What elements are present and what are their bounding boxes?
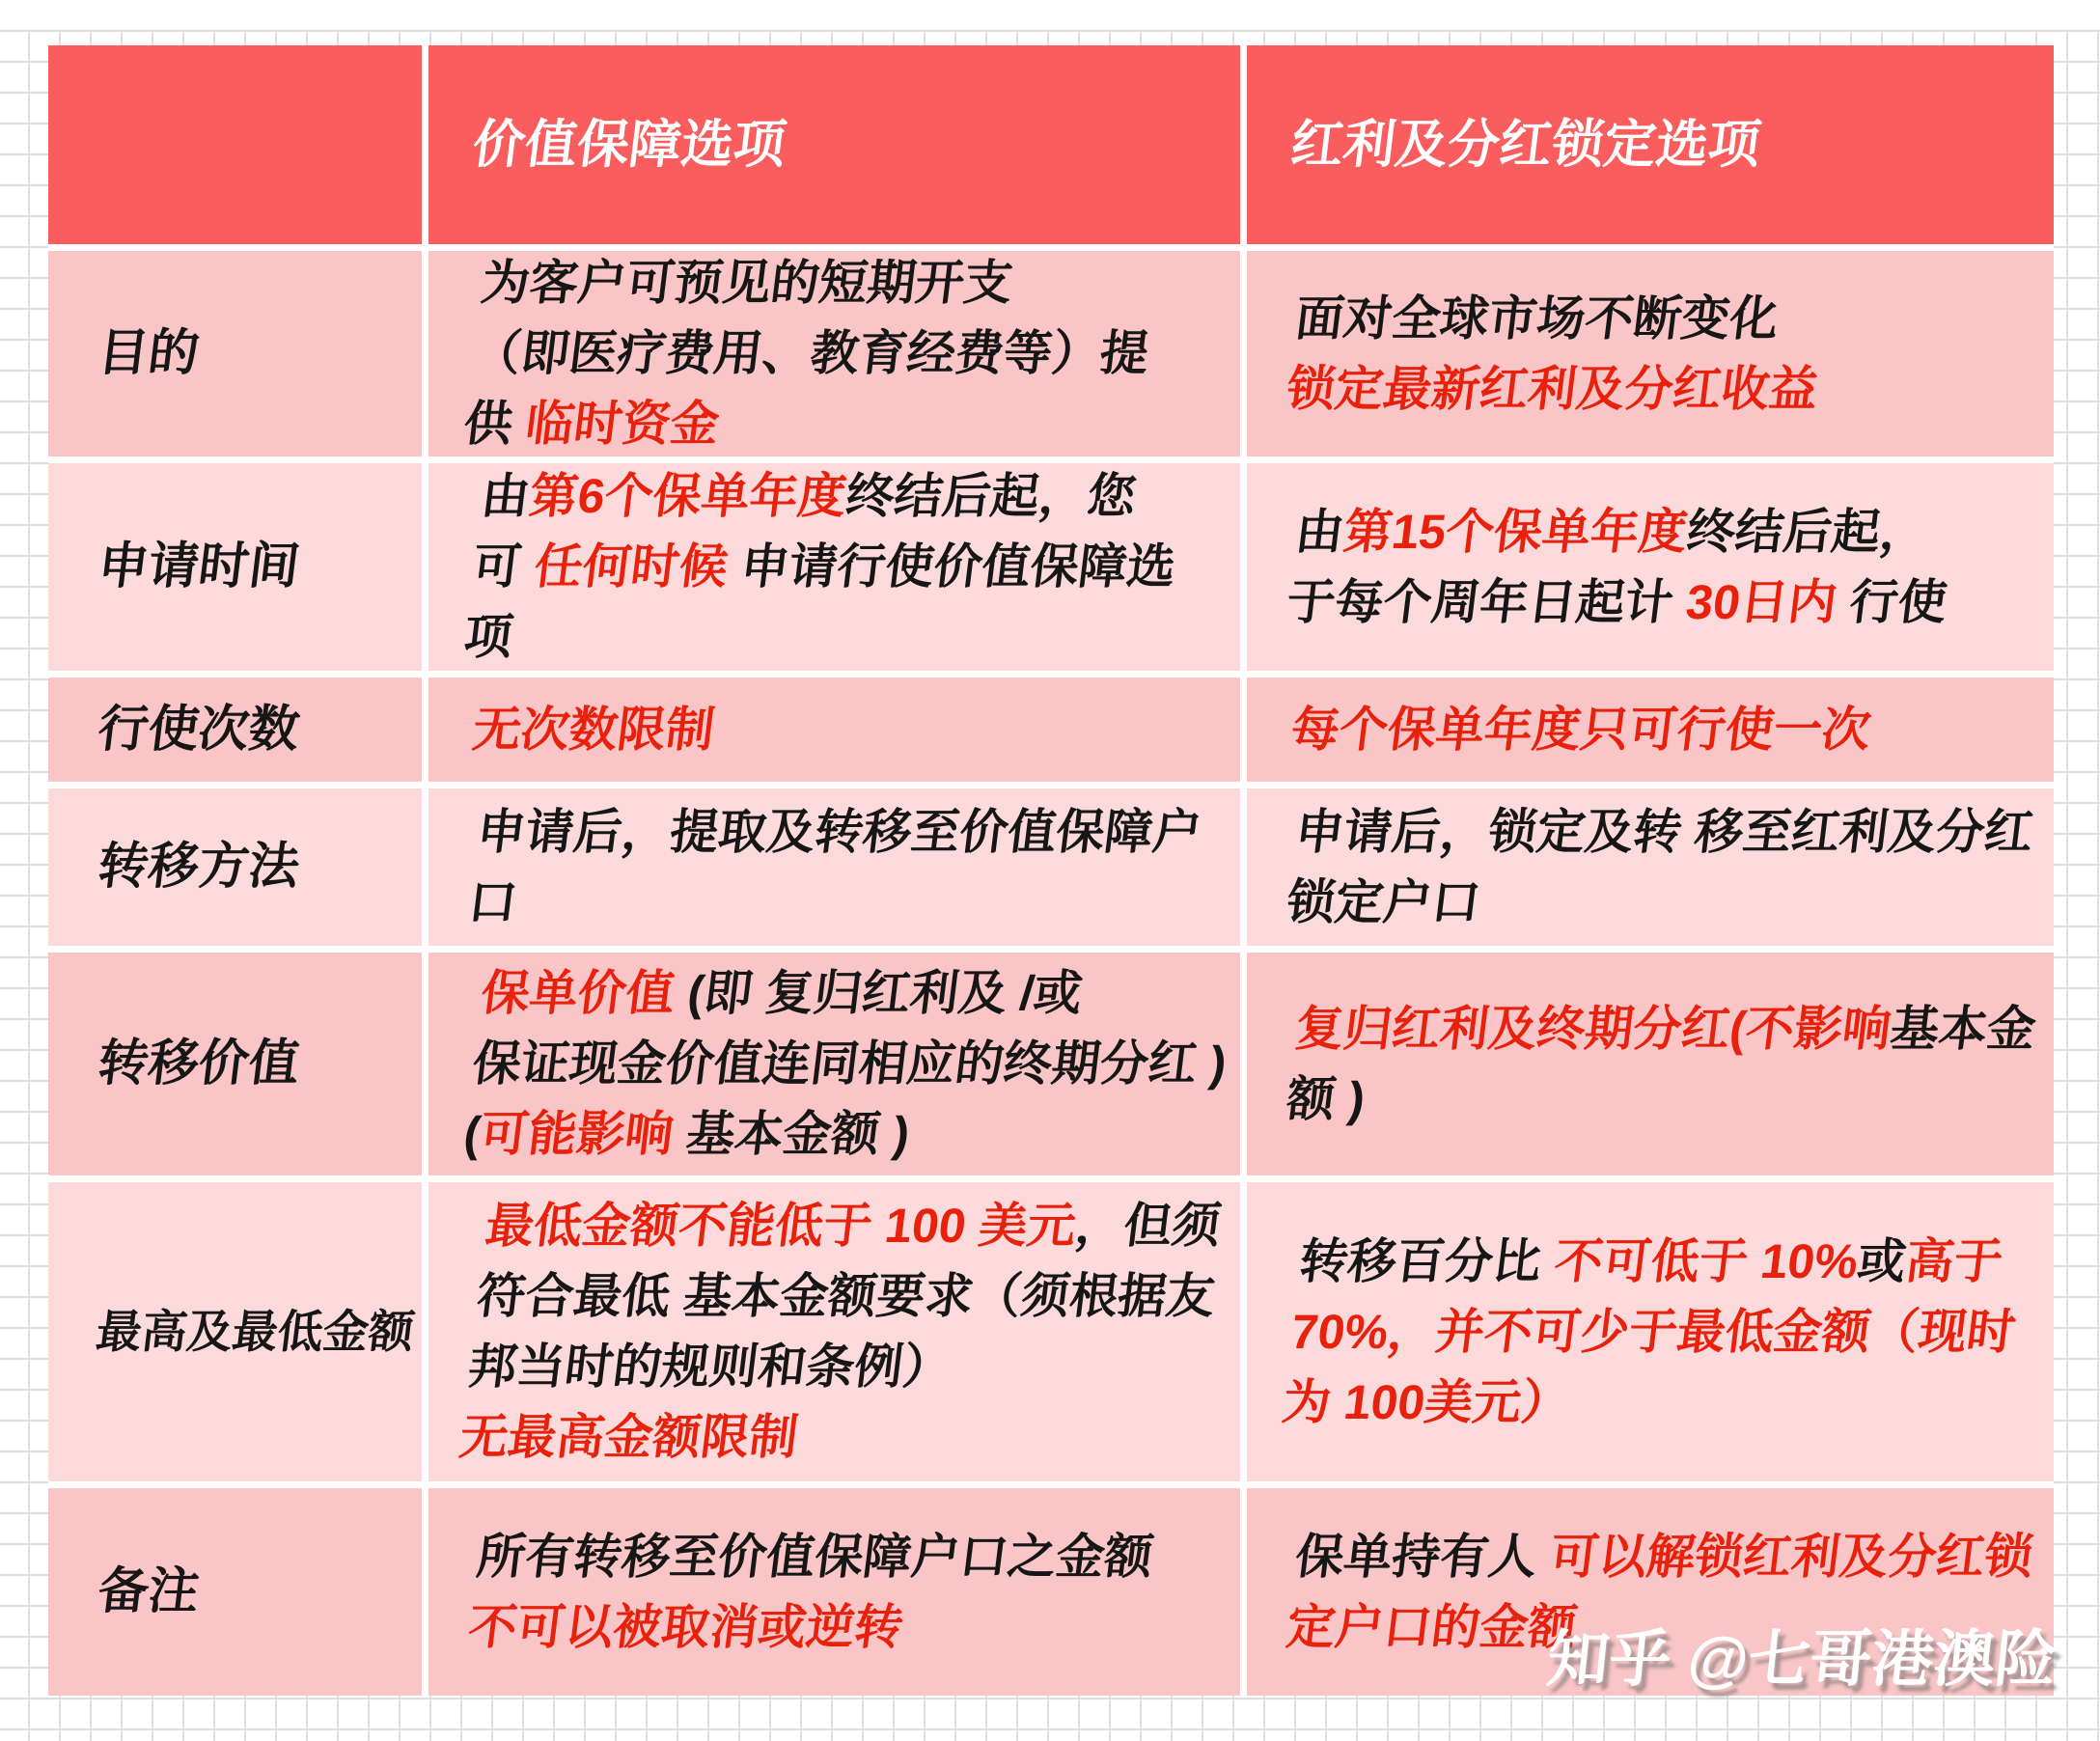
text-run-black: 申请后，锁定及转 移至红利及分红 锁定户口 bbox=[1284, 805, 2036, 929]
cell-r3-c2-text: 每个保单年度只可行使一次 bbox=[1247, 695, 2054, 765]
cell-r5-c2: 复归红利及终期分红(不影响基本金 额 ) bbox=[1247, 953, 2054, 1175]
watermark-text: 知乎 @七哥港澳险 bbox=[1543, 1610, 2062, 1699]
row-label-6: 最高及最低金额 bbox=[48, 1182, 422, 1481]
row-label-3: 行使次数 bbox=[48, 677, 422, 782]
cell-r5-c2-text: 复归红利及终期分红(不影响基本金 额 ) bbox=[1247, 994, 2054, 1135]
text-run-red: 无最高金额限制 bbox=[456, 1410, 801, 1464]
text-run-black: 转移百分比 bbox=[1297, 1234, 1559, 1288]
text-run-red: 任何时候 bbox=[532, 539, 732, 594]
cell-r3-c2: 每个保单年度只可行使一次 bbox=[1247, 677, 2054, 782]
header-corner-cell bbox=[48, 45, 422, 244]
row-label-1-text: 目的 bbox=[48, 323, 422, 383]
text-run-red: 不可以被取消或逆转 bbox=[465, 1600, 906, 1654]
row-label-2: 申请时间 bbox=[48, 463, 422, 671]
column-header-1-text: 价值保障选项 bbox=[428, 114, 1240, 177]
text-run-red: 每个保单年度只可行使一次 bbox=[1288, 703, 1874, 757]
text-run-red: 不可低于 10% bbox=[1551, 1234, 1861, 1288]
text-run-black: 面对全球市场不断变化 bbox=[1292, 291, 1782, 345]
cell-r7-c1-text: 所有转移至价值保障户口之金额 不可以被取消或逆转 bbox=[428, 1522, 1240, 1663]
text-run-red: 无次数限制 bbox=[470, 703, 718, 757]
cell-r4-c2-text: 申请后，锁定及转 移至红利及分红 锁定户口 bbox=[1247, 797, 2054, 938]
row-label-4: 转移方法 bbox=[48, 788, 422, 946]
text-run-red: 30日内 bbox=[1683, 575, 1840, 629]
cell-r6-c2-text: 转移百分比 不可低于 10%或高于 70%，并不可少于最低金额（现时 为 100… bbox=[1247, 1227, 2054, 1438]
cell-r6-c2: 转移百分比 不可低于 10%或高于 70%，并不可少于最低金额（现时 为 100… bbox=[1247, 1182, 2054, 1481]
text-run-red: 保单价值 bbox=[479, 966, 678, 1020]
row-label-3-text: 行使次数 bbox=[48, 700, 422, 760]
cell-r1-c1-text: 为客户可预见的短期开支 （即医疗费用、教育经费等）提 供 临时资金 bbox=[428, 251, 1240, 456]
text-run-red: 临时资金 bbox=[523, 397, 723, 451]
cell-r6-c1: 最低金额不能低于 100 美元，但须 符合最低 基本金额要求（须根据友 邦当时的… bbox=[428, 1182, 1240, 1481]
row-label-5: 转移价值 bbox=[48, 953, 422, 1175]
row-label-7: 备注 bbox=[48, 1488, 422, 1696]
text-run-black: 保单持有人 bbox=[1292, 1530, 1554, 1584]
text-run-black: 或 bbox=[1854, 1234, 1909, 1288]
cell-r2-c1: 由第6个保单年度终结后起，您 可 任何时候 申请行使价值保障选 项 bbox=[428, 463, 1240, 671]
text-run-red: 复归红利及终期分红(不影响 bbox=[1292, 1002, 1894, 1056]
cell-r4-c1-text: 申请后，提取及转移至价值保障户口 bbox=[428, 797, 1240, 938]
cell-r2-c2: 由第15个保单年度终结后起， 于每个周年日起计 30日内 行使 bbox=[1247, 463, 2054, 671]
row-label-5-text: 转移价值 bbox=[48, 1034, 422, 1093]
cell-r4-c2: 申请后，锁定及转 移至红利及分红 锁定户口 bbox=[1247, 788, 2054, 946]
text-run-black: 申请后，提取及转移至价值保障户口 bbox=[465, 805, 1204, 929]
row-label-2-text: 申请时间 bbox=[48, 537, 422, 596]
text-run-black: 由 bbox=[1292, 505, 1347, 559]
column-header-1: 价值保障选项 bbox=[428, 45, 1240, 244]
row-label-1: 目的 bbox=[48, 251, 422, 456]
row-label-7-text: 备注 bbox=[48, 1561, 422, 1621]
cell-r1-c1: 为客户可预见的短期开支 （即医疗费用、教育经费等）提 供 临时资金 bbox=[428, 251, 1240, 456]
cell-r5-c1-text: 保单价值 (即 复归红利及 /或 保证现金价值连同相应的终期分红 ) (可能影响… bbox=[428, 958, 1240, 1170]
cell-r4-c1: 申请后，提取及转移至价值保障户口 bbox=[428, 788, 1240, 946]
row-label-4-text: 转移方法 bbox=[48, 837, 422, 897]
text-run-black: 行使 bbox=[1834, 575, 1950, 629]
text-run-black: 基本金额 ) bbox=[670, 1107, 912, 1161]
cell-r2-c2-text: 由第15个保单年度终结后起， 于每个周年日起计 30日内 行使 bbox=[1247, 497, 2054, 638]
row-label-6-text: 最高及最低金额 bbox=[48, 1305, 422, 1359]
cell-r3-c1: 无次数限制 bbox=[428, 677, 1240, 782]
text-run-red: 最低金额不能低于 100 美元 bbox=[483, 1199, 1079, 1253]
cell-r3-c1-text: 无次数限制 bbox=[428, 695, 1240, 765]
text-run-black: 所有转移至价值保障户口之金额 bbox=[474, 1530, 1156, 1584]
cell-r6-c1-text: 最低金额不能低于 100 美元，但须 符合最低 基本金额要求（须根据友 邦当时的… bbox=[428, 1191, 1240, 1473]
text-run-red: 锁定最新红利及分红收益 bbox=[1284, 362, 1821, 416]
cell-r2-c1-text: 由第6个保单年度终结后起，您 可 任何时候 申请行使价值保障选 项 bbox=[428, 463, 1240, 671]
column-header-2: 红利及分红锁定选项 bbox=[1247, 45, 2054, 244]
cell-r1-c2: 面对全球市场不断变化 锁定最新红利及分红收益 bbox=[1247, 251, 2054, 456]
cell-r5-c1: 保单价值 (即 复归红利及 /或 保证现金价值连同相应的终期分红 ) (可能影响… bbox=[428, 953, 1240, 1175]
cell-r1-c2-text: 面对全球市场不断变化 锁定最新红利及分红收益 bbox=[1247, 284, 2054, 425]
text-run-red: 第6个保单年度 bbox=[527, 469, 850, 523]
comparison-table: 价值保障选项红利及分红锁定选项目的为客户可预见的短期开支 （即医疗费用、教育经费… bbox=[48, 45, 2054, 1696]
cell-r7-c1: 所有转移至价值保障户口之金额 不可以被取消或逆转 bbox=[428, 1488, 1240, 1696]
column-header-2-text: 红利及分红锁定选项 bbox=[1247, 114, 2054, 177]
text-run-black: 由 bbox=[479, 469, 534, 523]
text-run-red: 可能影响 bbox=[477, 1107, 677, 1161]
text-run-red: 第15个保单年度 bbox=[1340, 505, 1691, 559]
